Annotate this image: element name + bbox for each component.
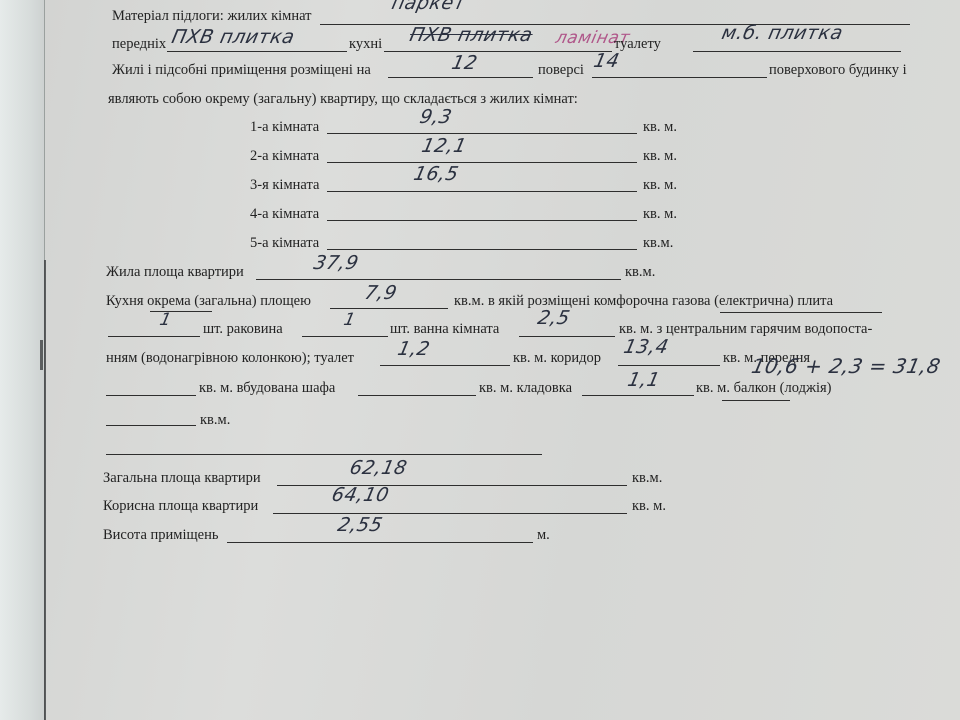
toilet-floor-value: м.б. плитка (720, 22, 845, 44)
balcony-underline (722, 400, 790, 401)
kitchen-area-value: 7,9 (363, 282, 399, 304)
bathroom-area-value: 2,5 (536, 307, 572, 329)
kitchen-separate-underline (150, 311, 212, 312)
balcony-area-field[interactable] (106, 425, 196, 426)
closet-area-field[interactable] (358, 395, 476, 396)
total-floors-value: 14 (592, 50, 622, 72)
room-3-label: 3-я кімната (250, 177, 319, 194)
ceiling-height-label: Висота приміщень (103, 527, 218, 544)
toilet-area-value: 1,2 (396, 338, 432, 360)
ceiling-height-field[interactable] (227, 542, 533, 543)
total-area-field[interactable] (277, 485, 627, 486)
ceiling-height-value: 2,55 (336, 514, 385, 536)
total-area-label: Загальна площа квартири (103, 470, 261, 487)
kitchen-unit-text: кв.м. в якій розміщені комфорочна газова… (454, 293, 833, 310)
sink-count-field[interactable] (302, 336, 388, 337)
location-label: Жилі і підсобні приміщення розміщені на (112, 62, 371, 79)
floor-label: поверсі (538, 62, 584, 79)
room-1-label: 1-а кімната (250, 119, 319, 136)
useful-area-field[interactable] (273, 513, 627, 514)
room-5-label: 5-а кімната (250, 235, 319, 252)
stove-type-underline (720, 312, 882, 313)
extra-blank-line[interactable] (106, 454, 542, 455)
page-tear (40, 340, 43, 370)
floor-material-label: Матеріал підлоги: жилих кімнат (112, 8, 312, 25)
total-floors-field[interactable] (592, 77, 767, 78)
stove-count-field[interactable] (108, 336, 200, 337)
kitchen-floor-field[interactable] (384, 51, 612, 52)
kitchen-area-label: Кухня окрема (загальна) площею (106, 293, 311, 310)
room-5-unit: кв.м. (643, 235, 673, 252)
kitchen-floor-label: кухні (349, 36, 382, 53)
sink-unit-label: шт. ванна кімната (390, 321, 499, 338)
balcony-label: кв. м. балкон (лоджія) (696, 380, 832, 397)
hall-floor-field[interactable] (167, 51, 347, 52)
room-3-value: 16,5 (412, 163, 461, 185)
room-3-unit: кв. м. (643, 177, 677, 194)
room-2-label: 2-а кімната (250, 148, 319, 165)
room-4-label: 4-а кімната (250, 206, 319, 223)
floor-number-field[interactable] (388, 77, 533, 78)
utilities-toilet-label: нням (водонагрівною колонкою); туалет (106, 350, 354, 367)
total-area-value: 62,18 (348, 457, 410, 479)
room-2-value: 12,1 (420, 135, 469, 157)
closet-label: кв. м. вбудована шафа (199, 380, 335, 397)
useful-area-unit: кв. м. (632, 498, 666, 515)
page-fold-crease (44, 260, 46, 720)
kitchen-floor-value-struck: ПХВ плитка (408, 24, 535, 46)
room-3-field[interactable] (327, 191, 637, 192)
room-1-field[interactable] (327, 133, 637, 134)
composition-label: являють собою окрему (загальну) квартиру… (108, 91, 578, 108)
useful-area-value: 64,10 (330, 484, 392, 506)
corridor-label: кв. м. коридор (513, 350, 601, 367)
room-1-value: 9,3 (418, 106, 454, 128)
hall-calculation-annotation: 10,6 + 2,3 = 31,8 (749, 354, 942, 378)
toilet-area-field[interactable] (380, 365, 510, 366)
stove-unit-label: шт. раковина (203, 321, 283, 338)
hall-area-field[interactable] (106, 395, 196, 396)
balcony-unit: кв.м. (200, 412, 230, 429)
ceiling-height-unit: м. (537, 527, 550, 544)
room-4-field[interactable] (327, 220, 637, 221)
pantry-area-field[interactable] (582, 395, 694, 396)
room-2-field[interactable] (327, 162, 637, 163)
room-2-unit: кв. м. (643, 148, 677, 165)
pantry-area-value: 1,1 (626, 369, 662, 391)
hall-floor-label: передніх (112, 36, 166, 53)
toilet-floor-field[interactable] (693, 51, 901, 52)
corridor-area-field[interactable] (618, 365, 720, 366)
total-area-unit: кв.м. (632, 470, 662, 487)
pantry-label: кв. м. кладовка (479, 380, 572, 397)
living-area-unit: кв.м. (625, 264, 655, 281)
room-4-unit: кв. м. (643, 206, 677, 223)
useful-area-label: Корисна площа квартири (103, 498, 258, 515)
bathroom-area-field[interactable] (519, 336, 615, 337)
living-area-field[interactable] (256, 279, 621, 280)
living-rooms-floor-value: паркет (390, 0, 468, 14)
room-5-field[interactable] (327, 249, 637, 250)
room-1-unit: кв. м. (643, 119, 677, 136)
corridor-area-value: 13,4 (622, 336, 671, 358)
building-label: поверхового будинку і (769, 62, 907, 79)
living-area-label: Жила площа квартири (106, 264, 244, 281)
kitchen-area-field[interactable] (330, 308, 448, 309)
hall-floor-value: ПХВ плитка (170, 26, 297, 48)
floor-number-value: 12 (450, 52, 480, 74)
living-area-value: 37,9 (312, 252, 361, 274)
